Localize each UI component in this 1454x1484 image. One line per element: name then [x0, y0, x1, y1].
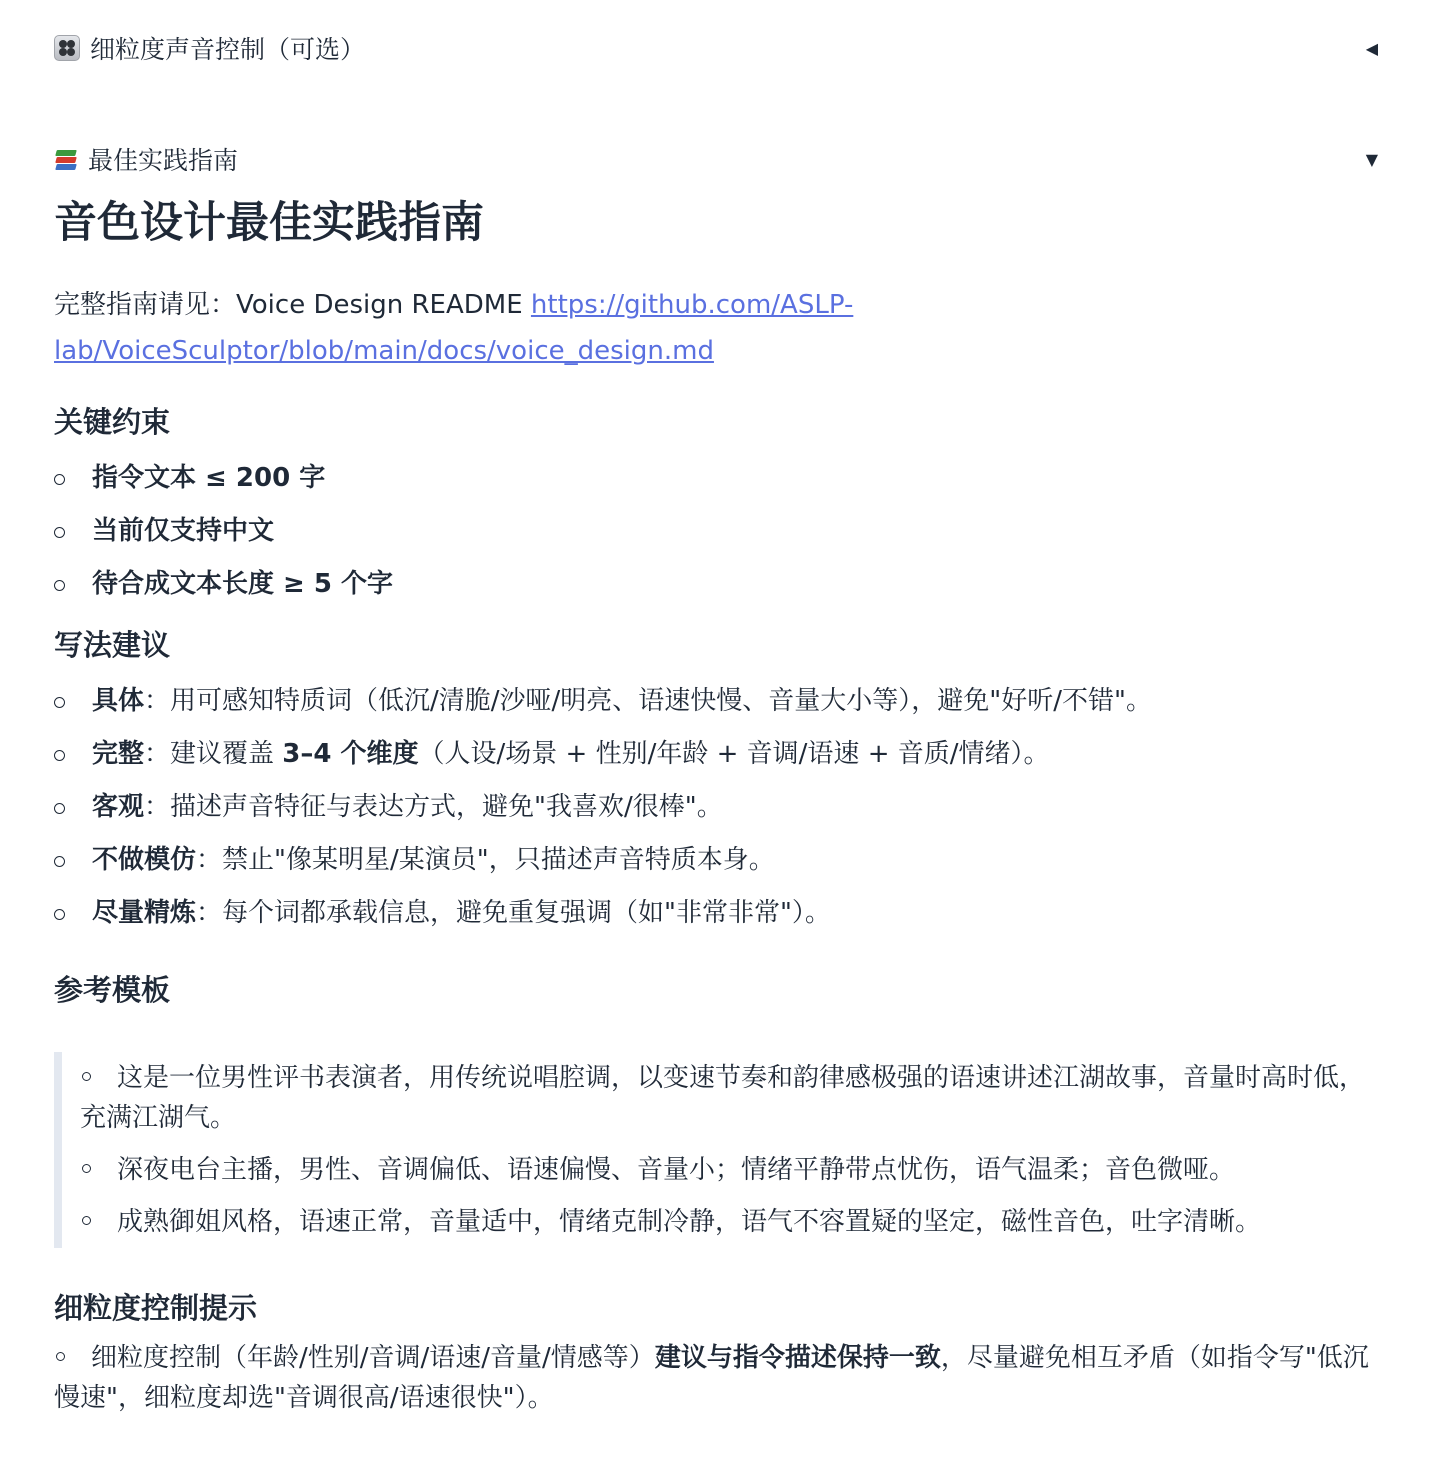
- section-templates: 参考模板 这是一位男性评书表演者，用传统说唱腔调，以变速节奏和韵律感极强的语速讲…: [54, 970, 1378, 1248]
- tip-text: （人设/场景 + 性别/年龄 + 音调/语速 + 音质/情绪）。: [419, 739, 1050, 769]
- template-item: 深夜电台主播，男性、音调偏低、语速偏慢、音量小；情绪平静带点忧伤，语气温柔；音色…: [80, 1144, 1378, 1196]
- section-fine-grained-tips: 细粒度控制提示 细粒度控制（年龄/性别/音调/语速/音量/情感等）建议与指令描述…: [54, 1288, 1378, 1418]
- tip-keyword: 完整: [92, 739, 144, 769]
- template-text: 深夜电台主播，男性、音调偏低、语速偏慢、音量小；情绪平静带点忧伤，语气温柔；音色…: [117, 1155, 1235, 1185]
- template-text: 成熟御姐风格，语速正常，音量适中，情绪克制冷静，语气不容置疑的坚定，磁性音色，吐…: [117, 1207, 1261, 1237]
- list-item: 待合成文本长度 ≥ 5 个字: [54, 558, 1378, 611]
- tip-keyword: 具体: [92, 686, 144, 716]
- list-item: 尽量精炼：每个词都承载信息，避免重复强调（如"非常非常"）。: [54, 887, 1378, 940]
- bullet-icon: [82, 1164, 91, 1173]
- tip-text: ：用可感知特质词（低沉/清脆/沙哑/明亮、语速快慢、音量大小等），避免"好听/不…: [144, 686, 1152, 716]
- section-heading: 参考模板: [54, 970, 1378, 1010]
- list-item: 不做模仿：禁止"像某明星/某演员"，只描述声音特质本身。: [54, 834, 1378, 887]
- bullet-icon: [56, 1352, 65, 1361]
- tip-text: ：每个词都承载信息，避免重复强调（如"非常非常"）。: [196, 898, 831, 928]
- tip-text: ：禁止"像某明星/某演员"，只描述声音特质本身。: [196, 845, 775, 875]
- intro-text: 完整指南请见：Voice Design README: [54, 290, 531, 320]
- template-item: 成熟御姐风格，语速正常，音量适中，情绪克制冷静，语气不容置疑的坚定，磁性音色，吐…: [80, 1196, 1378, 1248]
- accordion-label: 最佳实践指南: [54, 141, 238, 177]
- section-heading: 写法建议: [54, 625, 1378, 665]
- tip-emphasis: 建议与指令描述保持一致: [655, 1343, 941, 1373]
- caret-down-icon[interactable]: ▼: [1358, 150, 1378, 169]
- tip-keyword: 客观: [92, 792, 144, 822]
- bullet-icon: [82, 1072, 91, 1081]
- control-knobs-icon: [54, 35, 80, 61]
- fine-grained-tip: 细粒度控制（年龄/性别/音调/语速/音量/情感等）建议与指令描述保持一致，尽量避…: [54, 1338, 1378, 1418]
- bullet-icon: [82, 1216, 91, 1225]
- list-item: 完整：建议覆盖 3–4 个维度（人设/场景 + 性别/年龄 + 音调/语速 + …: [54, 728, 1378, 781]
- tip-keyword: 不做模仿: [92, 845, 196, 875]
- accordion-label: 细粒度声音控制（可选）: [54, 30, 365, 66]
- list-item: 具体：用可感知特质词（低沉/清脆/沙哑/明亮、语速快慢、音量大小等），避免"好听…: [54, 675, 1378, 728]
- guide-intro: 完整指南请见：Voice Design README https://githu…: [54, 282, 1378, 374]
- list-item: 指令文本 ≤ 200 字: [54, 452, 1378, 505]
- list-item: 当前仅支持中文: [54, 505, 1378, 558]
- template-text: 这是一位男性评书表演者，用传统说唱腔调，以变速节奏和韵律感极强的语速讲述江湖故事…: [80, 1063, 1365, 1133]
- tip-text: 细粒度控制（年龄/性别/音调/语速/音量/情感等）: [91, 1343, 655, 1373]
- templates-blockquote: 这是一位男性评书表演者，用传统说唱腔调，以变速节奏和韵律感极强的语速讲述江湖故事…: [54, 1052, 1378, 1248]
- section-heading: 关键约束: [54, 402, 1378, 442]
- caret-left-icon[interactable]: ◀: [1358, 39, 1378, 58]
- template-item: 这是一位男性评书表演者，用传统说唱腔调，以变速节奏和韵律感极强的语速讲述江湖故事…: [80, 1052, 1378, 1144]
- tip-emphasis: 3–4 个维度: [282, 739, 418, 769]
- writing-tips-list: 具体：用可感知特质词（低沉/清脆/沙哑/明亮、语速快慢、音量大小等），避免"好听…: [54, 675, 1378, 940]
- constraints-list: 指令文本 ≤ 200 字 当前仅支持中文 待合成文本长度 ≥ 5 个字: [54, 452, 1378, 611]
- accordion-title: 最佳实践指南: [88, 141, 238, 177]
- page: 细粒度声音控制（可选） ◀ 最佳实践指南 ▼ 音色设计最佳实践指南 完整指南请见…: [0, 0, 1454, 1484]
- tip-keyword: 尽量精炼: [92, 898, 196, 928]
- accordion-title: 细粒度声音控制（可选）: [90, 30, 365, 66]
- guide-content: 音色设计最佳实践指南 完整指南请见：Voice Design README ht…: [54, 190, 1378, 1418]
- list-item: 客观：描述声音特征与表达方式，避免"我喜欢/很棒"。: [54, 781, 1378, 834]
- accordion-fine-grained-control[interactable]: 细粒度声音控制（可选） ◀: [54, 28, 1378, 68]
- tip-text: ：建议覆盖: [144, 739, 282, 769]
- section-constraints: 关键约束 指令文本 ≤ 200 字 当前仅支持中文 待合成文本长度 ≥ 5 个字: [54, 402, 1378, 611]
- section-heading: 细粒度控制提示: [54, 1288, 1378, 1328]
- section-writing-tips: 写法建议 具体：用可感知特质词（低沉/清脆/沙哑/明亮、语速快慢、音量大小等），…: [54, 625, 1378, 940]
- guide-title: 音色设计最佳实践指南: [54, 190, 1378, 256]
- accordion-best-practices[interactable]: 最佳实践指南 ▼: [54, 139, 1378, 179]
- tip-text: ：描述声音特征与表达方式，避免"我喜欢/很棒"。: [144, 792, 723, 822]
- books-icon: [54, 147, 78, 171]
